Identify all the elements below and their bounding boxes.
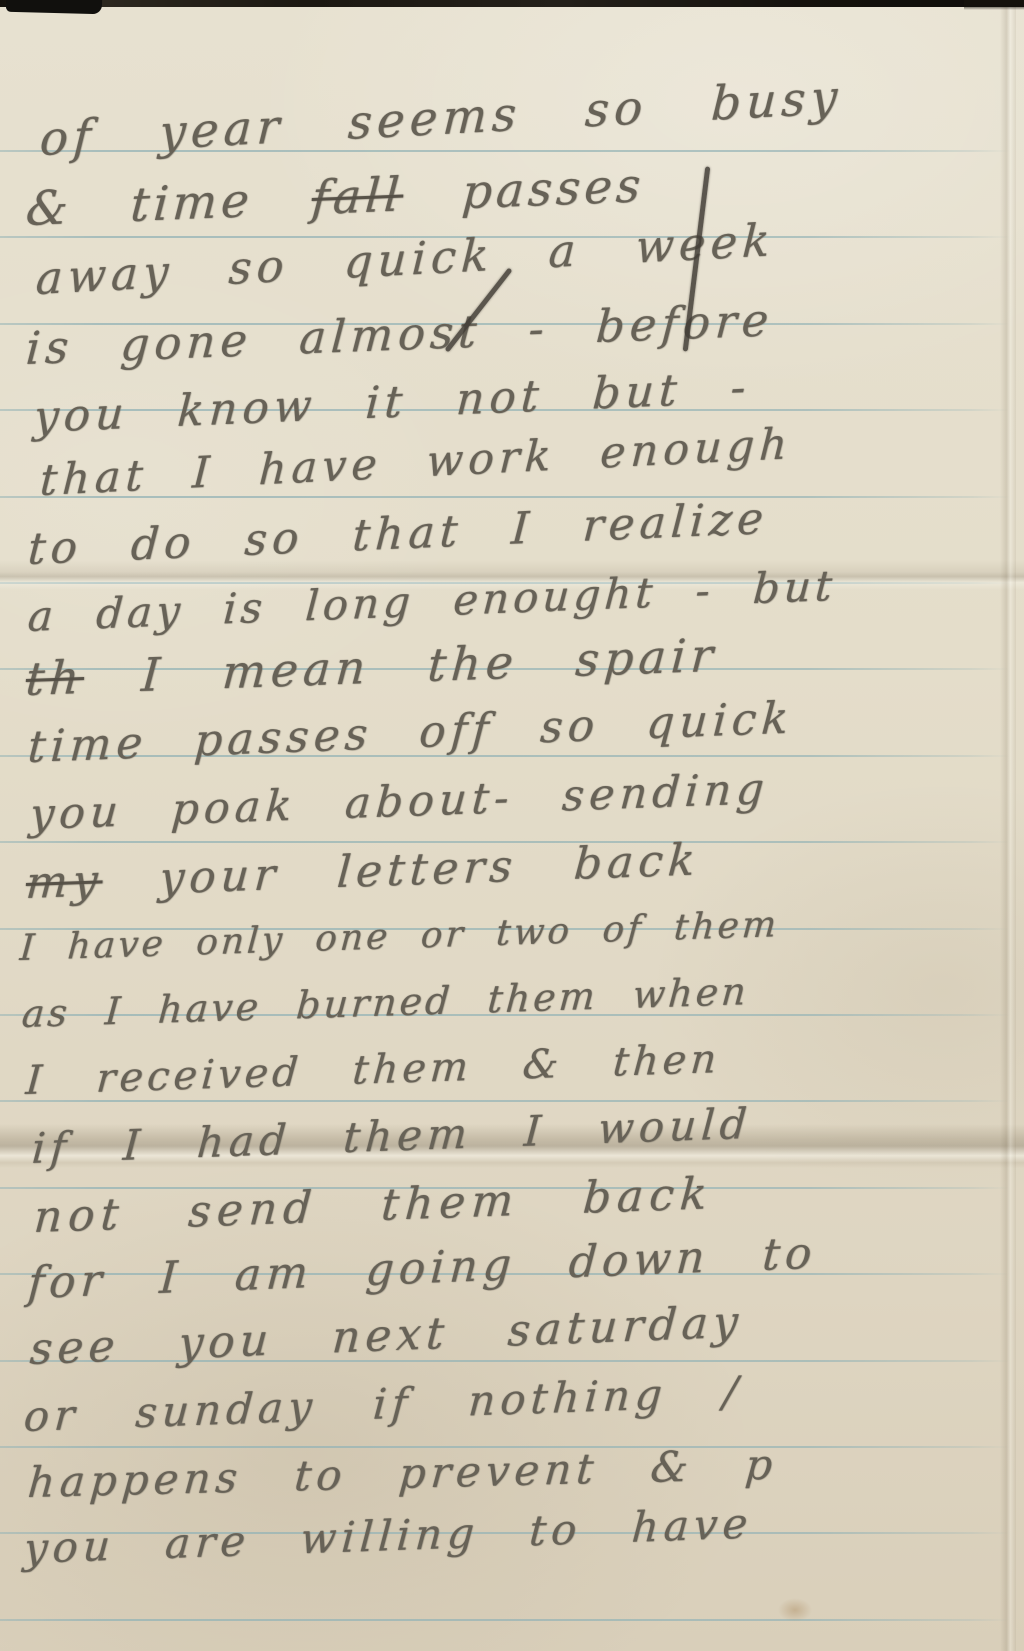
letter-words: for I am going down to	[26, 1228, 818, 1309]
letter-words: I mean the spair	[82, 628, 719, 704]
letter-line: to do so that I realize	[26, 493, 769, 575]
letter-words: & time	[24, 171, 313, 237]
letter-line: you poak about- sending	[28, 764, 770, 840]
letter-words: you poak about- sending	[28, 764, 770, 840]
letter-line: I received them & then	[24, 1036, 722, 1104]
letter-line: happens to prevent & p	[26, 1440, 779, 1507]
letter-word-struck: fall	[310, 167, 405, 226]
letter-words: if I had them I would	[30, 1099, 753, 1173]
letter-line: my your letters back	[24, 834, 701, 909]
page-top-left-corner-shadow	[6, 0, 102, 14]
letter-words: or sunday if nothing /	[22, 1367, 744, 1441]
paper-stain	[778, 1598, 812, 1622]
letter-words: I have only one or two of them	[18, 904, 780, 969]
letter-words: I received them & then	[24, 1036, 722, 1104]
letter-line: not send them back	[32, 1168, 714, 1243]
letter-words: not send them back	[32, 1168, 714, 1243]
letter-words: passes	[401, 158, 646, 222]
letter-page: of year seems so busy& time fall passesa…	[0, 0, 1024, 1651]
letter-line: I have only one or two of them	[18, 904, 780, 969]
letter-words: see you next saturday	[28, 1297, 744, 1376]
letter-line: you are willing to have	[22, 1498, 754, 1573]
letter-words: your letters back	[101, 834, 702, 906]
page-top-right-corner-shadow	[964, 0, 1024, 10]
letter-words: to do so that I realize	[26, 493, 769, 575]
letter-words: time passes off so quick	[26, 693, 794, 774]
rule-line	[0, 1619, 1010, 1621]
letter-word-struck: my	[24, 855, 104, 909]
page-top-edge	[0, 0, 1024, 7]
letter-line: time passes off so quick	[26, 693, 794, 774]
letter-words: of year seems so busy	[39, 70, 844, 167]
letter-words: is gone almost - before	[24, 293, 775, 375]
letter-photo: of year seems so busy& time fall passesa…	[0, 0, 1024, 1651]
rule-line	[0, 1100, 1010, 1102]
letter-line: or sunday if nothing /	[22, 1367, 744, 1441]
letter-line: th I mean the spair	[24, 628, 720, 706]
letter-line: as I have burned them when	[20, 969, 750, 1036]
letter-words: as I have burned them when	[20, 969, 750, 1036]
fold-crease-vertical	[1000, 0, 1016, 1651]
letter-line: see you next saturday	[28, 1297, 744, 1376]
letter-line: for I am going down to	[26, 1228, 818, 1309]
letter-words: happens to prevent & p	[26, 1440, 779, 1507]
letter-line: if I had them I would	[30, 1099, 753, 1173]
letter-words: you are willing to have	[22, 1498, 754, 1573]
letter-word-struck: th	[24, 650, 86, 706]
letter-line: is gone almost - before	[24, 293, 775, 375]
letter-line: of year seems so busy	[39, 70, 844, 167]
